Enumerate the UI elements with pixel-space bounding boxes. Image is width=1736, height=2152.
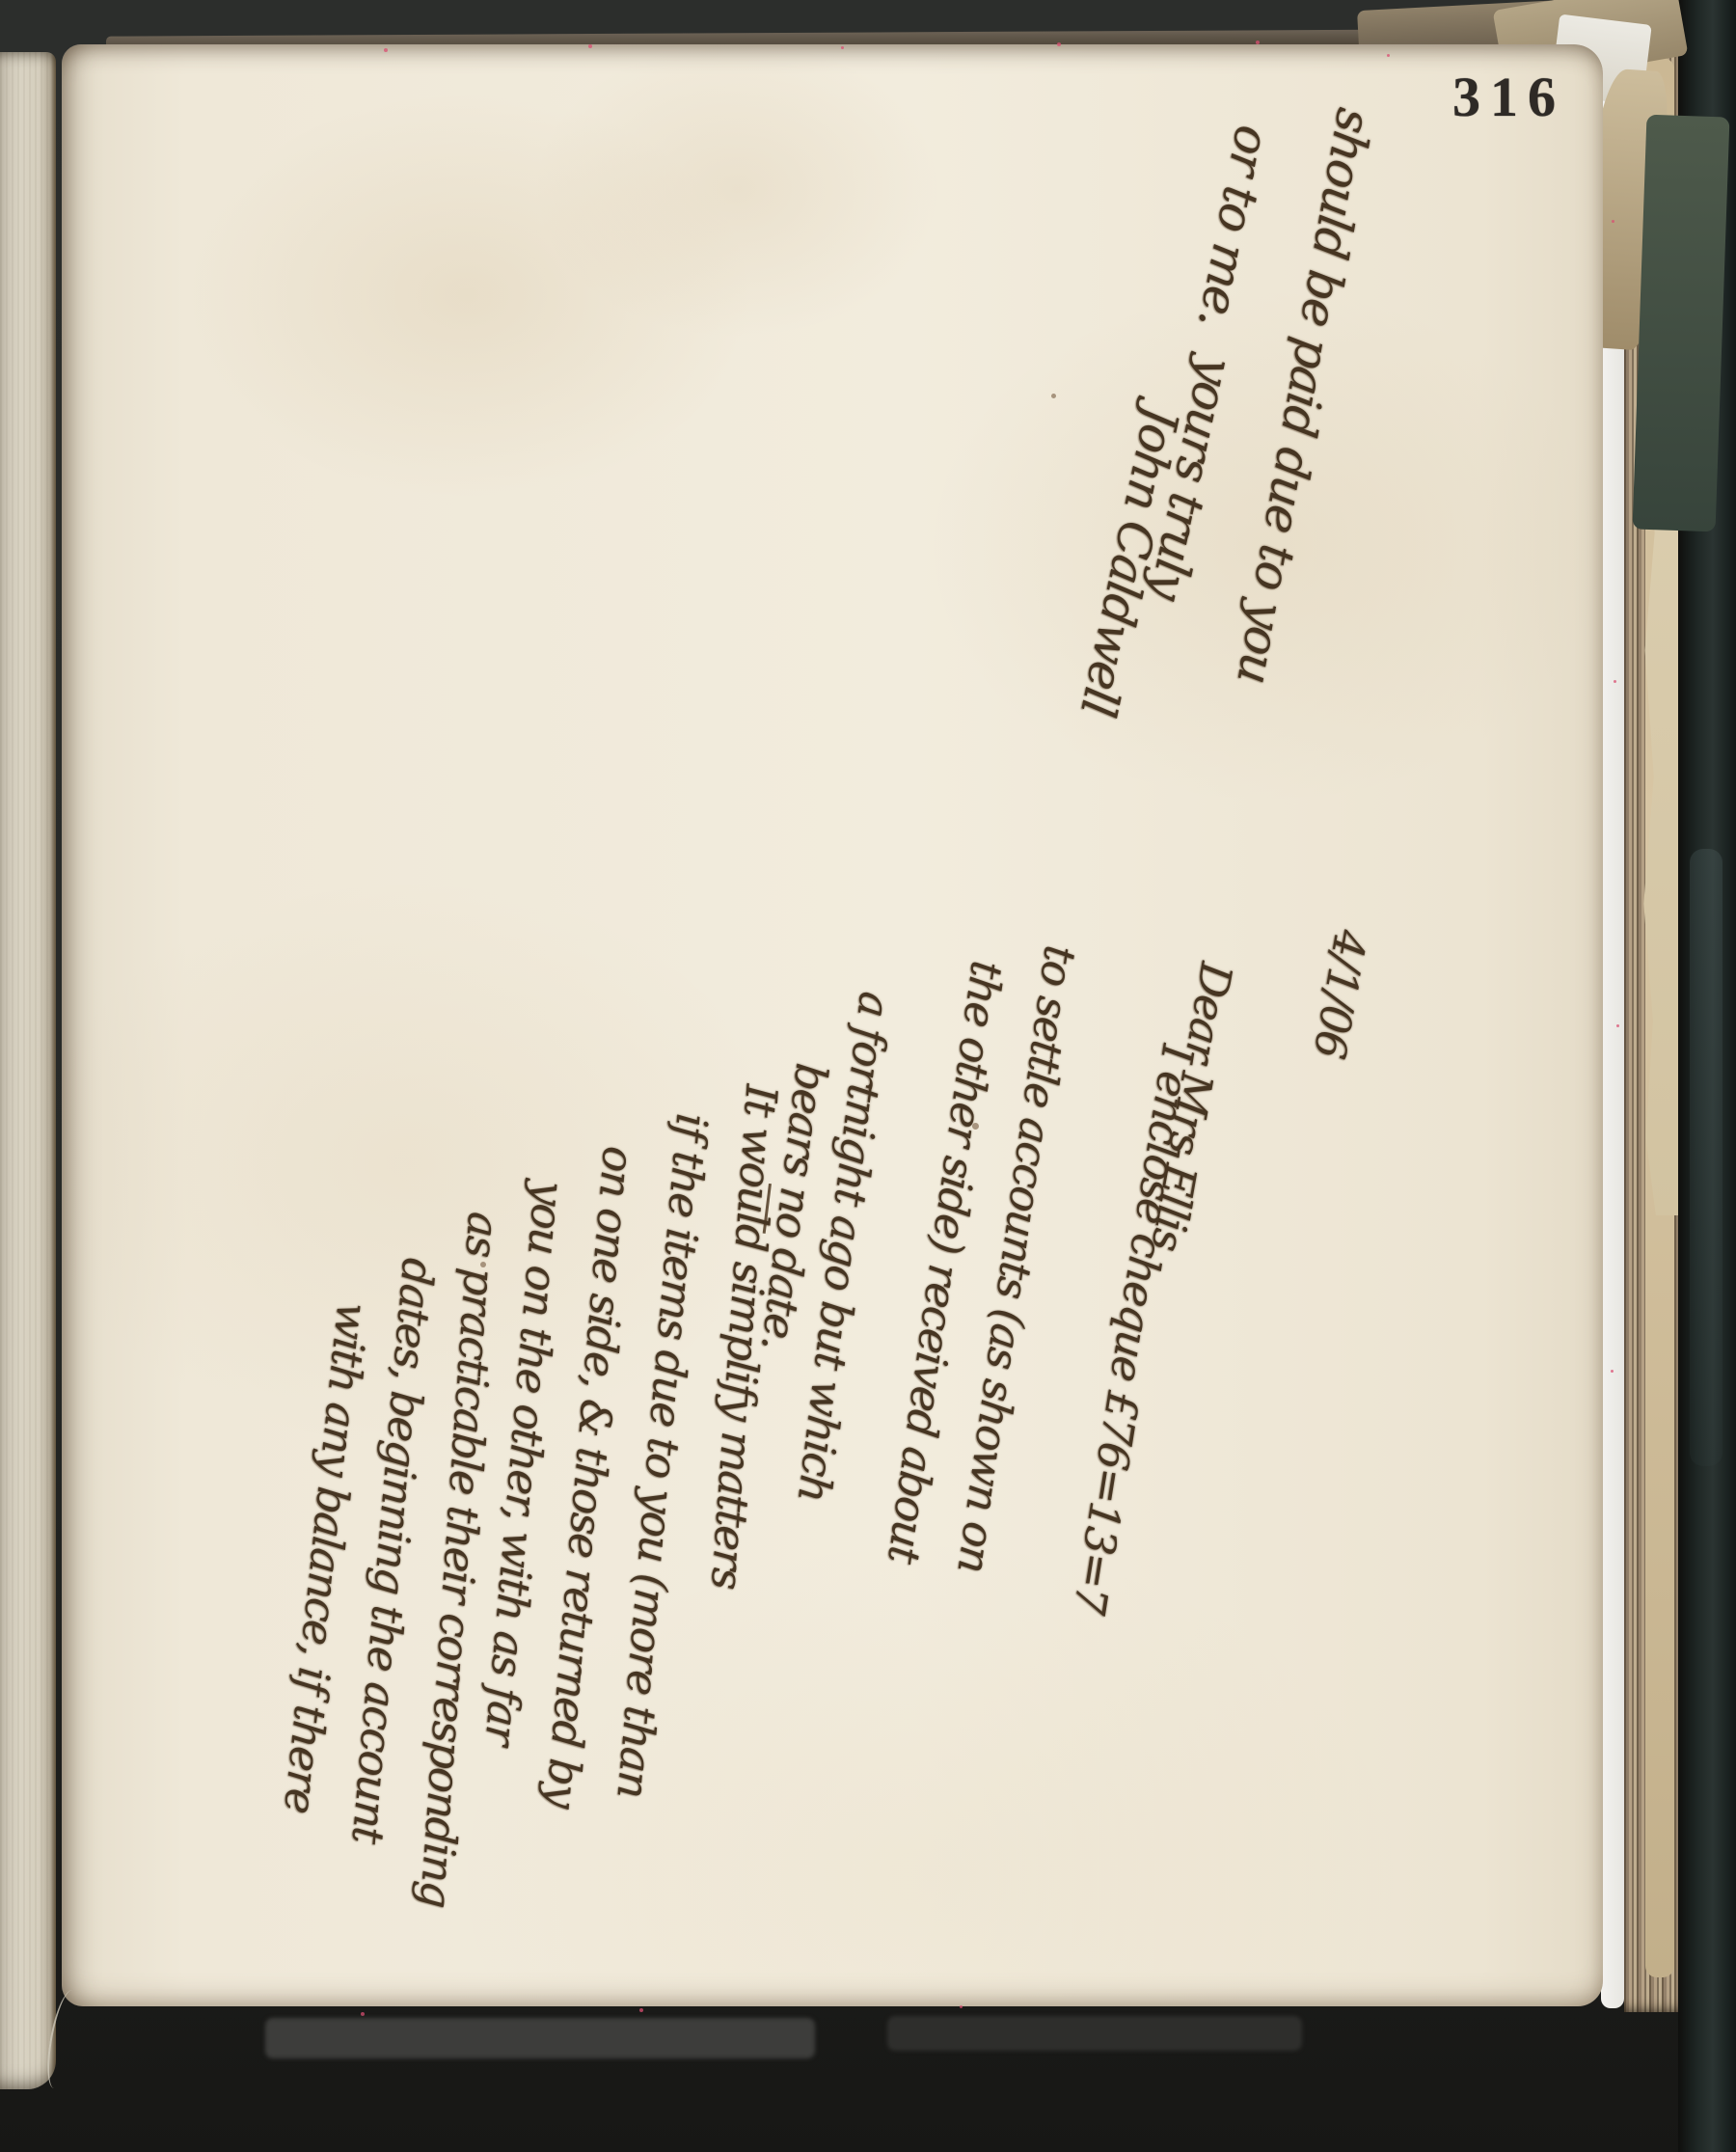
- red-speck: [1387, 54, 1390, 57]
- red-speck: [639, 2008, 643, 2012]
- ink-spot: [972, 1123, 979, 1130]
- ink-spot: [1051, 394, 1056, 398]
- page-number: 316: [1452, 69, 1565, 125]
- manuscript-page: 316 should be paid due to you or to me. …: [62, 44, 1603, 2006]
- red-speck: [1614, 680, 1616, 683]
- facing-page-edge: [0, 52, 56, 2089]
- red-speck: [1611, 1370, 1614, 1373]
- red-speck: [361, 2012, 365, 2016]
- red-speck: [1616, 1024, 1619, 1027]
- red-speck: [960, 2005, 963, 2008]
- closing-line-2: or to me.: [1191, 122, 1277, 331]
- red-speck: [1256, 41, 1260, 44]
- ink-spot: [480, 1262, 486, 1267]
- letter-line-1: I enclose cheque £76=13=7: [1068, 1042, 1201, 1616]
- red-speck: [384, 48, 388, 52]
- shadow-patch: [887, 2016, 1302, 2051]
- letter-date: 4/1/06: [1308, 927, 1372, 1061]
- shadow-patch: [265, 2018, 815, 2058]
- red-speck: [588, 44, 592, 48]
- cover-sheen: [1690, 849, 1722, 1466]
- red-speck: [841, 46, 844, 49]
- red-speck: [1057, 42, 1061, 46]
- cloth-fragment: [1633, 115, 1730, 532]
- book-scan-background: 316 should be paid due to you or to me. …: [0, 0, 1736, 2152]
- red-speck: [1612, 220, 1614, 223]
